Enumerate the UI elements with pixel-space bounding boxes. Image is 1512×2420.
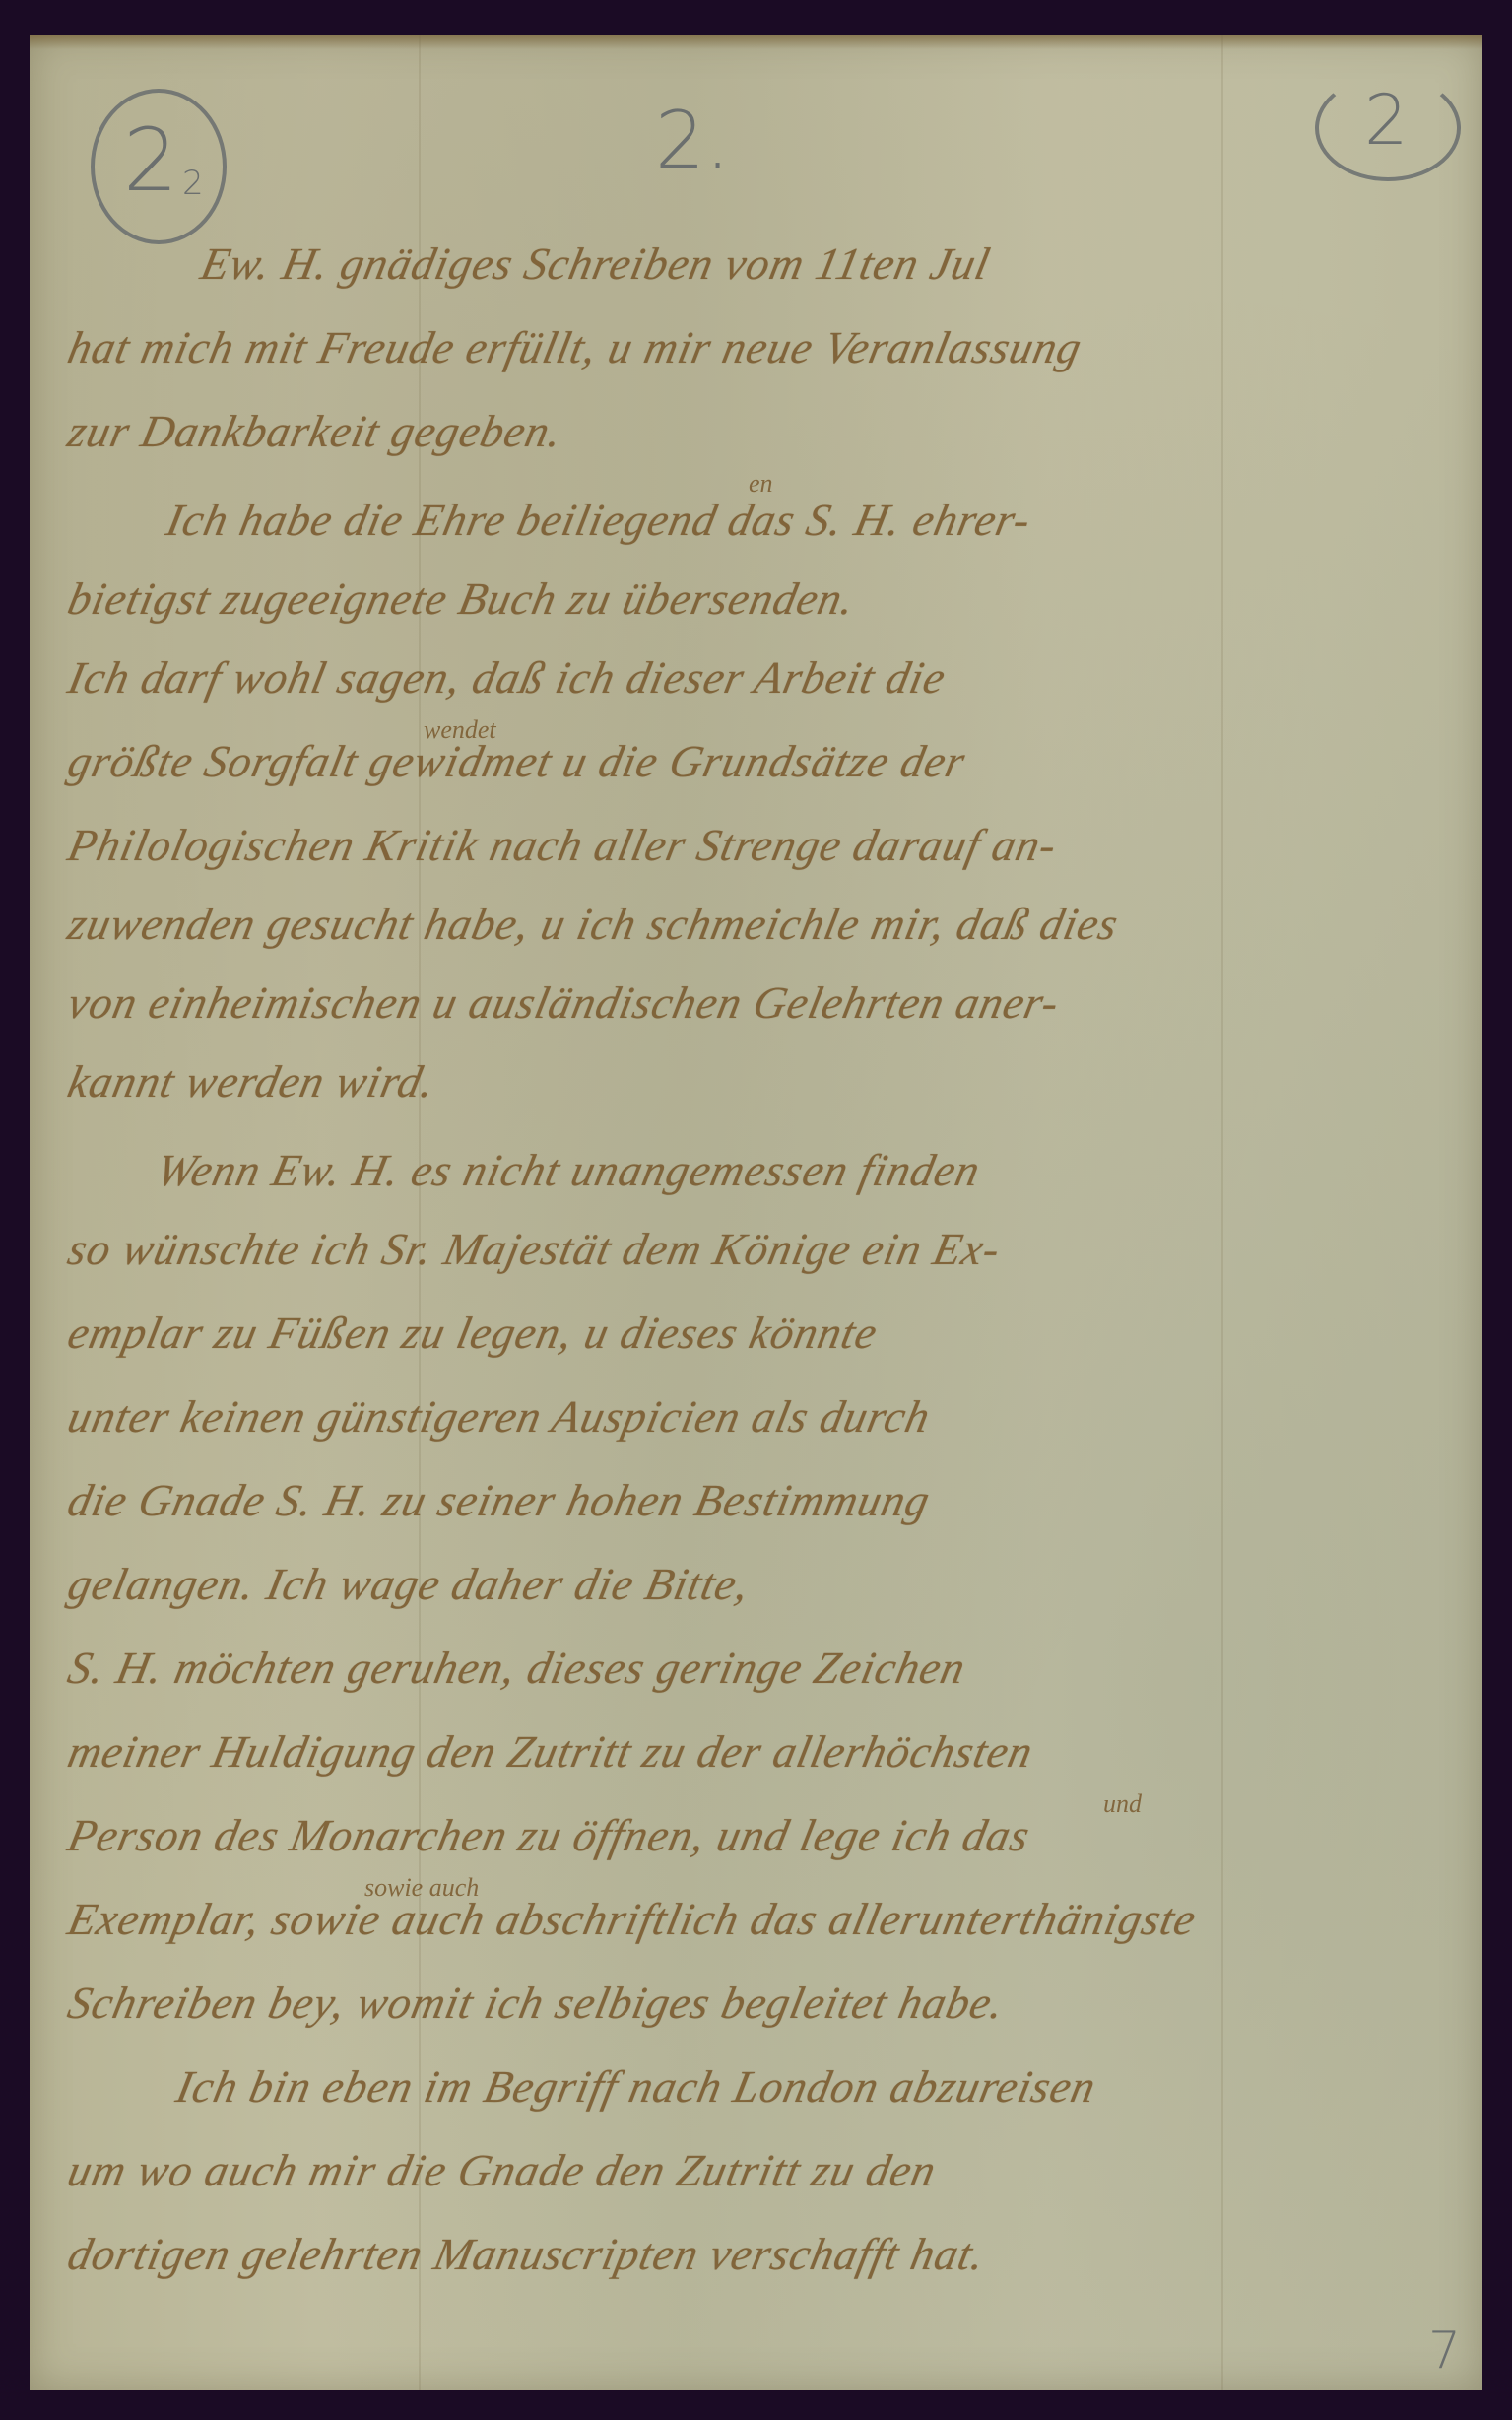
text-line: Ich darf wohl sagen, daß ich dieser Arbe… (63, 651, 951, 704)
text-line: so wünschte ich Sr. Majestät dem Könige … (63, 1223, 1005, 1275)
text-line: Schreiben bey, womit ich selbiges beglei… (63, 1977, 1009, 2029)
text-line: um wo auch mir die Gnade den Zutritt zu … (63, 2144, 941, 2196)
text-line: Philologischen Kritik nach aller Strenge… (63, 819, 1062, 871)
correction-superscript: und (1103, 1789, 1142, 1819)
text-line: meiner Huldigung den Zutritt zu der alle… (63, 1725, 1038, 1778)
text-line: kannt werden wird. (63, 1055, 439, 1108)
text-line: unter keinen günstigeren Auspicien als d… (63, 1390, 935, 1443)
text-line: emplar zu Füßen zu legen, u dieses könnt… (63, 1307, 883, 1359)
manuscript-page: 2 2 2. 2 7 Ew. H. gnädiges Schreiben vom… (30, 35, 1482, 2390)
text-line: zuwenden gesucht habe, u ich schmeichle … (63, 898, 1123, 950)
archival-number-left: 2 (123, 109, 178, 211)
text-line: zur Dankbarkeit gegeben. (63, 405, 567, 457)
text-line: gelangen. Ich wage daher die Bitte, (63, 1558, 755, 1610)
text-line: bietigst zugeeignete Buch zu übersenden. (63, 572, 860, 625)
text-line: Ew. H. gnädiges Schreiben vom 11ten Jul (196, 237, 995, 290)
text-line: größte Sorgfalt gewidmet u die Grundsätz… (63, 735, 970, 787)
text-line: Ich bin eben im Begriff nach London abzu… (171, 2060, 1100, 2113)
text-line: Exemplar, sowie auch abschriftlich das a… (63, 1893, 1201, 1945)
paper-fold (419, 35, 421, 2390)
text-line: von einheimischen u ausländischen Gelehr… (63, 976, 1064, 1029)
folio-number: 7 (1428, 2321, 1461, 2381)
archival-number-right: 2 (1364, 80, 1409, 161)
text-line: die Gnade S. H. zu seiner hohen Bestimmu… (63, 1474, 935, 1526)
text-line: Wenn Ew. H. es nicht unangemessen finden (152, 1144, 985, 1196)
archival-superscript: 2 (182, 164, 204, 203)
text-line: S. H. möchten geruhen, dieses geringe Ze… (63, 1642, 970, 1694)
text-line: dortigen gelehrten Manuscripten verschaf… (63, 2228, 990, 2280)
text-line: Person des Monarchen zu öffnen, und lege… (63, 1809, 1034, 1861)
archival-number-center: 2. (655, 95, 730, 186)
text-line: Ich habe die Ehre beiliegend das S. H. e… (162, 494, 1035, 546)
text-line: hat mich mit Freude erfüllt, u mir neue … (63, 321, 1086, 373)
paper-fold (1221, 35, 1223, 2390)
